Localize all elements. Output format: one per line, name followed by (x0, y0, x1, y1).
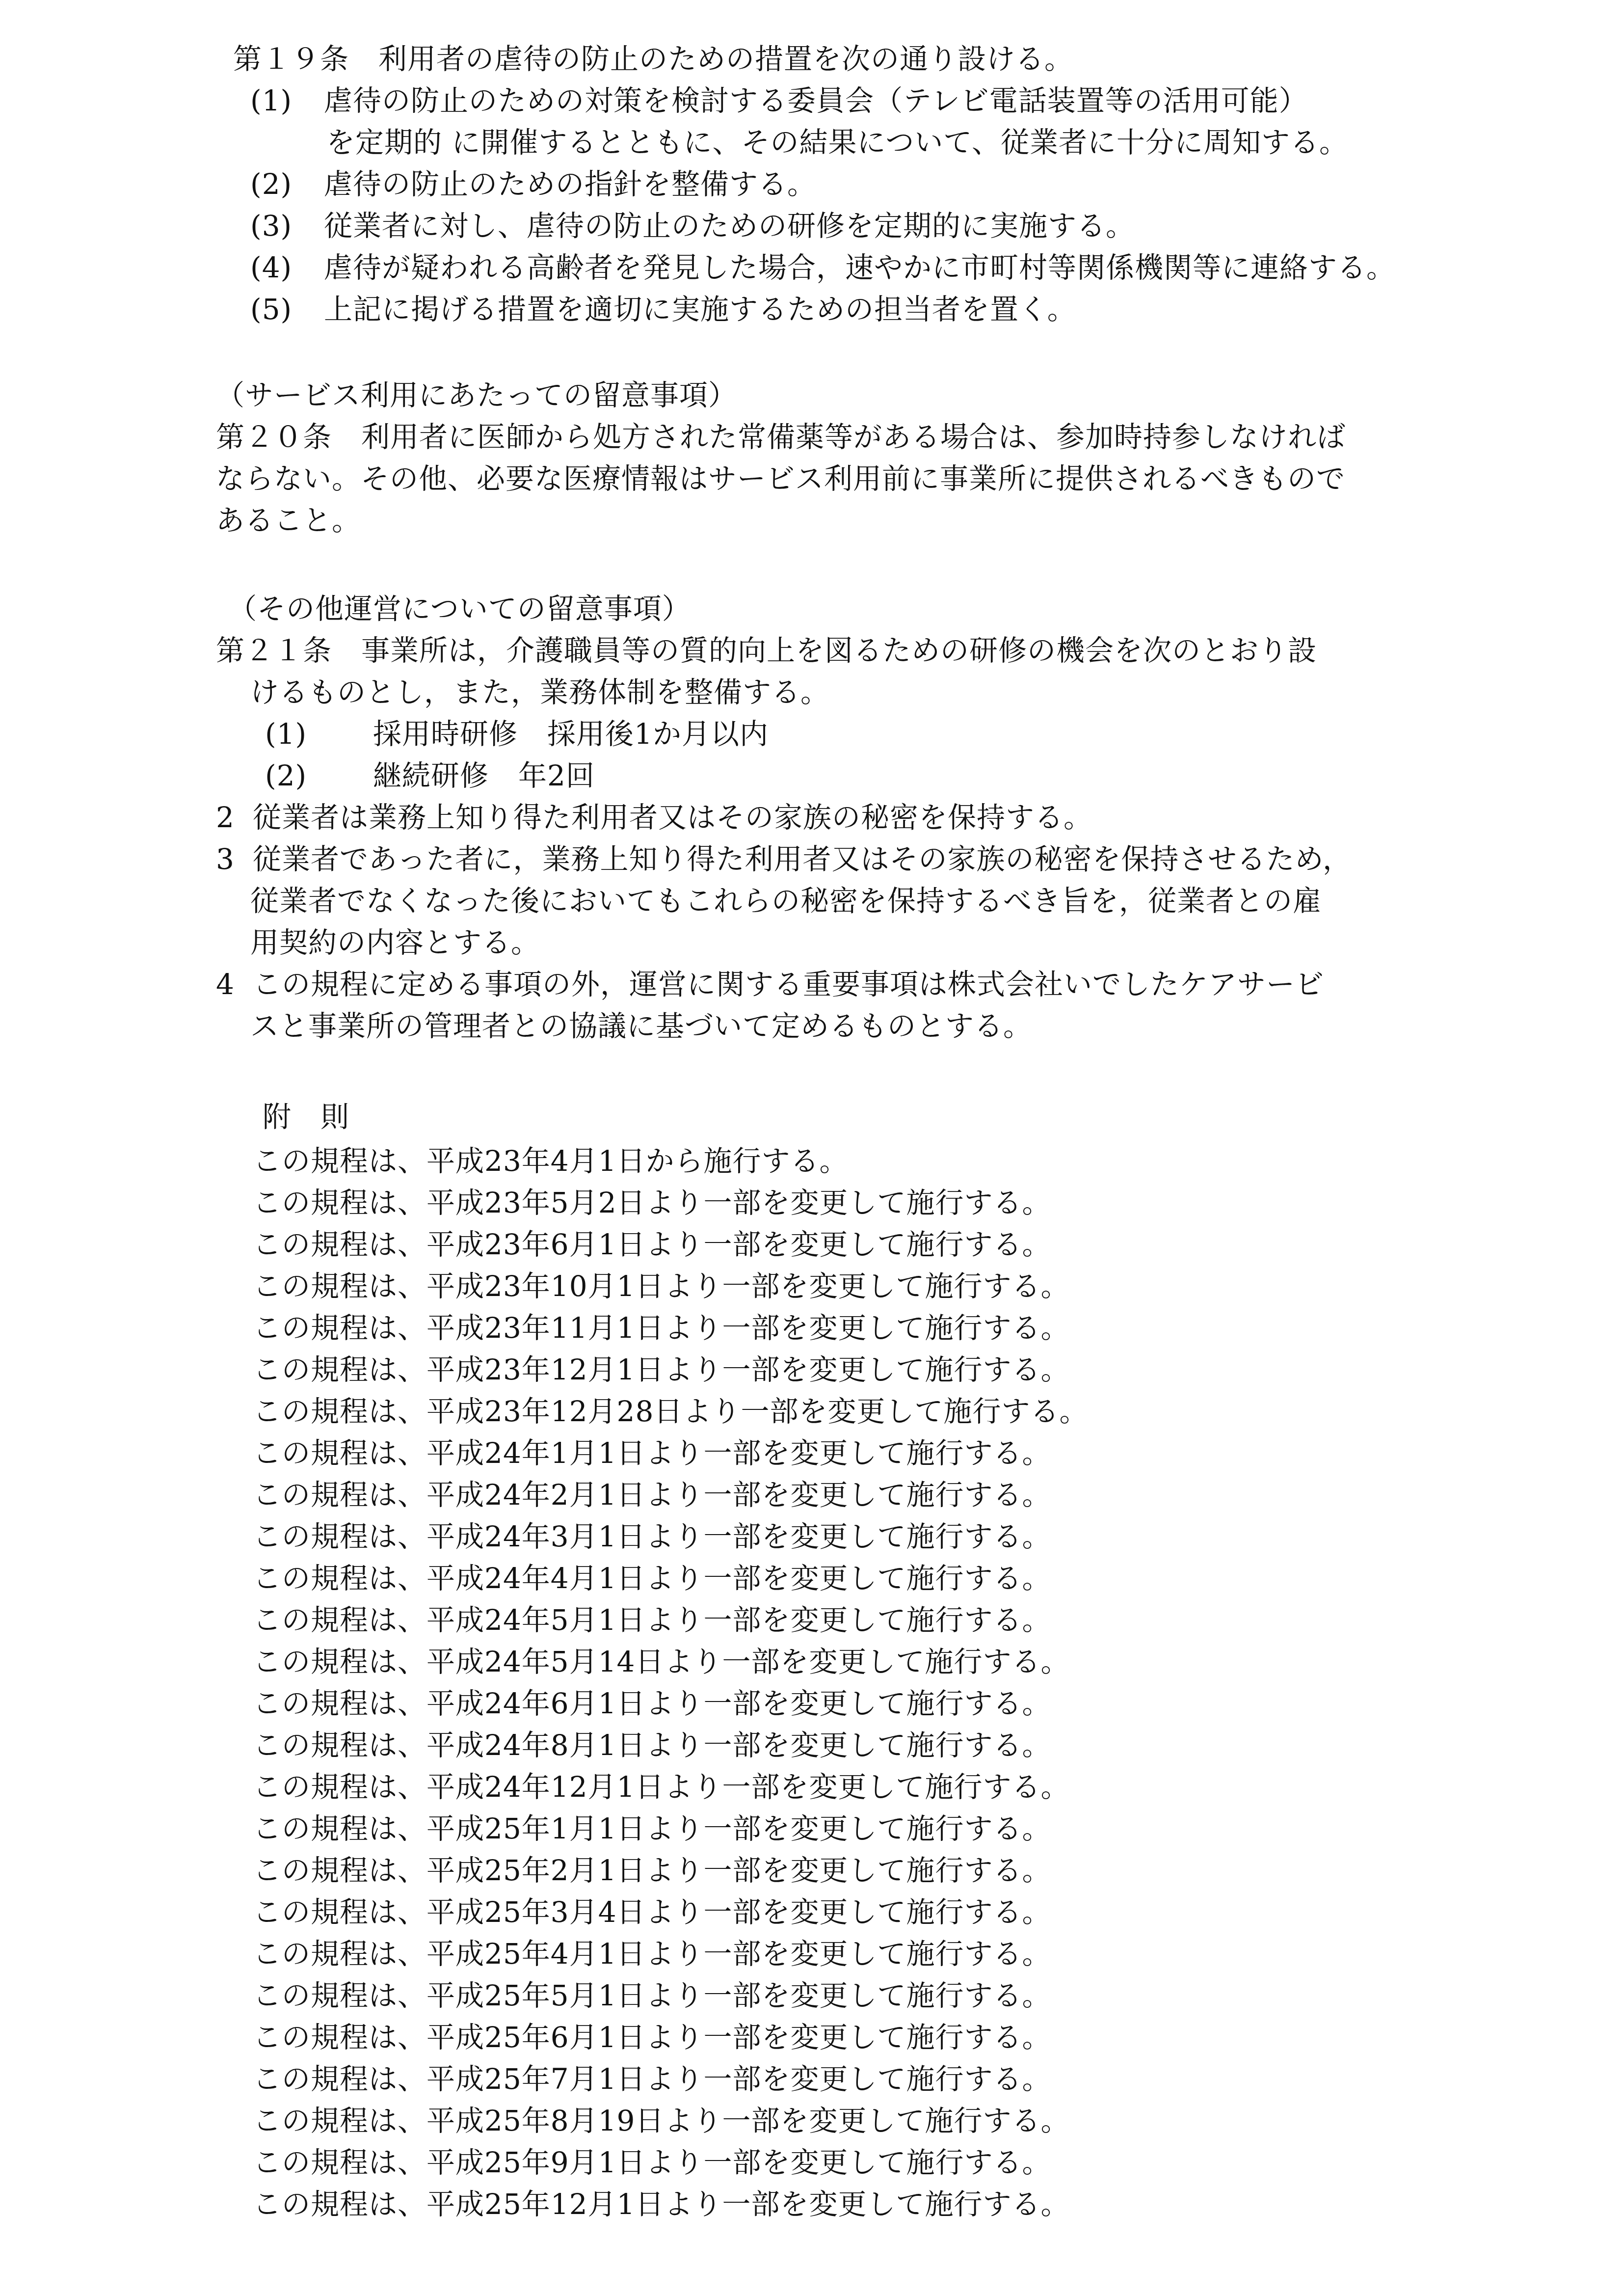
section-heading-other-notes: （その他運営についての留意事項） (228, 589, 691, 628)
supplementary-entry: この規程は、平成25年7月1日より一部を変更して施行する。 (253, 2059, 1051, 2099)
supplementary-entry: この規程は、平成23年10月1日より一部を変更して施行する。 (253, 1267, 1070, 1306)
supplementary-entry: この規程は、平成25年5月1日より一部を変更して施行する。 (253, 1976, 1051, 2015)
item-number: (4) (250, 248, 324, 287)
supplementary-entry: この規程は、平成24年1月1日より一部を変更して施行する。 (253, 1433, 1051, 1473)
supplementary-entry: この規程は、平成25年3月4日より一部を変更して施行する。 (253, 1892, 1051, 1932)
supplementary-entry: この規程は、平成24年3月1日より一部を変更して施行する。 (253, 1517, 1051, 1556)
article-21-paragraph-4-line-2: スと事業所の管理者との協議に基づいて定めるものとする。 (250, 1006, 1032, 1046)
item-text: 虐待が疑われる高齢者を発見した場合，速やかに市町村等関係機関等に連絡する。 (324, 251, 1395, 284)
article-20-line-2: ならない。その他、必要な医療情報はサービス利用前に事業所に提供されるべきもので (216, 459, 1345, 498)
supplementary-entry: この規程は、平成23年5月2日より一部を変更して施行する。 (253, 1183, 1051, 1222)
article-19-item-5: (5)上記に掲げる措置を適切に実施するための担当者を置く。 (250, 290, 1076, 329)
training-detail: 採用後1か月以内 (547, 717, 769, 751)
supplementary-entry: この規程は、平成23年4月1日から施行する。 (253, 1141, 849, 1181)
supplementary-entry: この規程は、平成24年2月1日より一部を変更して施行する。 (253, 1475, 1051, 1514)
supplementary-entry: この規程は、平成25年9月1日より一部を変更して施行する。 (253, 2143, 1051, 2182)
supplementary-entry: この規程は、平成23年12月28日より一部を変更して施行する。 (253, 1392, 1088, 1431)
supplementary-entry: この規程は、平成25年1月1日より一部を変更して施行する。 (253, 1809, 1051, 1848)
supplementary-entry: この規程は、平成24年8月1日より一部を変更して施行する。 (253, 1726, 1051, 1765)
paragraph-text: 従業者であった者に，業務上知り得た利用者又はその家族の秘密を保持させるため， (253, 842, 1352, 876)
training-name: 採用時研修 (373, 717, 518, 751)
supplementary-heading: 附 則 (263, 1097, 349, 1136)
document-page: 第１９条利用者の虐待の防止のための措置を次の通り設ける。 (1)虐待の防止のため… (0, 0, 1623, 2296)
paragraph-number: 3 (216, 839, 253, 879)
article-19-item-1-continuation: を定期的 に開催するとともに、その結果について、従業者に十分に周知する。 (326, 123, 1348, 162)
article-label: 第１９条 (233, 39, 349, 79)
item-number: (3) (250, 206, 324, 245)
item-number: (2) (250, 164, 324, 204)
supplementary-entry: この規程は、平成23年11月1日より一部を変更して施行する。 (253, 1308, 1070, 1348)
article-21-paragraph-3-line-3: 用契約の内容とする。 (250, 923, 540, 962)
supplementary-entry: この規程は、平成24年6月1日より一部を変更して施行する。 (253, 1684, 1051, 1723)
supplementary-entry: この規程は、平成24年12月1日より一部を変更して施行する。 (253, 1767, 1070, 1807)
article-text: 利用者に医師から処方された常備薬等がある場合は、参加時持参しなければ (361, 420, 1346, 454)
item-text: 従業者に対し、虐待の防止のための研修を定期的に実施する。 (324, 209, 1135, 243)
article-text: 利用者の虐待の防止のための措置を次の通り設ける。 (378, 42, 1073, 76)
article-20-line-3: あること。 (216, 501, 361, 540)
article-21-paragraph-3-line-2: 従業者でなくなった後においてもこれらの秘密を保持するべき旨を，従業者との雇 (250, 881, 1322, 920)
article-21-paragraph-3: 3従業者であった者に，業務上知り得た利用者又はその家族の秘密を保持させるため， (216, 839, 1352, 879)
supplementary-entry: この規程は、平成25年2月1日より一部を変更して施行する。 (253, 1851, 1051, 1890)
supplementary-entry: この規程は、平成23年6月1日より一部を変更して施行する。 (253, 1225, 1051, 1264)
article-label: 第２０条 (216, 417, 332, 457)
article-21-item-2: (2)継続研修年2回 (265, 756, 595, 795)
article-21-paragraph-2: 2従業者は業務上知り得た利用者又はその家族の秘密を保持する。 (216, 798, 1092, 837)
item-number: (2) (265, 756, 373, 795)
article-text: 事業所は，介護職員等の質的向上を図るための研修の機会を次のとおり設 (361, 634, 1317, 667)
article-21-line-2: けるものとし，また，業務体制を整備する。 (250, 673, 829, 712)
item-text: 虐待の防止のための指針を整備する。 (324, 167, 816, 201)
item-number: (1) (265, 714, 373, 754)
article-19-item-2: (2)虐待の防止のための指針を整備する。 (250, 164, 816, 204)
training-name: 継続研修 (373, 759, 489, 792)
supplementary-entry: この規程は、平成24年5月1日より一部を変更して施行する。 (253, 1600, 1051, 1640)
supplementary-entry: この規程は、平成24年4月1日より一部を変更して施行する。 (253, 1559, 1051, 1598)
supplementary-entry: この規程は、平成25年4月1日より一部を変更して施行する。 (253, 1934, 1051, 1973)
paragraph-number: 2 (216, 798, 253, 837)
item-number: (5) (250, 290, 324, 329)
item-text: を定期的 に開催するとともに、その結果について、従業者に十分に周知する。 (326, 126, 1348, 159)
item-text: 上記に掲げる措置を適切に実施するための担当者を置く。 (324, 293, 1076, 326)
supplementary-entry: この規程は、平成25年6月1日より一部を変更して施行する。 (253, 2018, 1051, 2057)
article-19-item-3: (3)従業者に対し、虐待の防止のための研修を定期的に実施する。 (250, 206, 1135, 245)
paragraph-text: 従業者は業務上知り得た利用者又はその家族の秘密を保持する。 (253, 801, 1092, 834)
item-text: 虐待の防止のための対策を検討する委員会（テレビ電話装置等の活用可能） (324, 84, 1308, 117)
article-19-item-1: (1)虐待の防止のための対策を検討する委員会（テレビ電話装置等の活用可能） (250, 81, 1308, 120)
supplementary-entry: この規程は、平成24年5月14日より一部を変更して施行する。 (253, 1642, 1070, 1681)
supplementary-entry: この規程は、平成23年12月1日より一部を変更して施行する。 (253, 1350, 1070, 1389)
item-number: (1) (250, 81, 324, 120)
article-21-item-1: (1)採用時研修採用後1か月以内 (265, 714, 769, 754)
training-detail: 年2回 (518, 759, 595, 792)
paragraph-number: 4 (216, 965, 253, 1004)
section-heading-service-notes: （サービス利用にあたっての留意事項） (216, 376, 737, 415)
supplementary-entry: この規程は、平成25年12月1日より一部を変更して施行する。 (253, 2185, 1070, 2224)
supplementary-entry: この規程は、平成25年8月19日より一部を変更して施行する。 (253, 2101, 1070, 2140)
article-21-line-1: 第２１条事業所は，介護職員等の質的向上を図るための研修の機会を次のとおり設 (216, 631, 1317, 670)
article-19-item-4: (4)虐待が疑われる高齢者を発見した場合，速やかに市町村等関係機関等に連絡する。 (250, 248, 1395, 287)
article-20-line-1: 第２０条利用者に医師から処方された常備薬等がある場合は、参加時持参しなければ (216, 417, 1346, 457)
article-label: 第２１条 (216, 631, 332, 670)
article-19-heading: 第１９条利用者の虐待の防止のための措置を次の通り設ける。 (233, 39, 1073, 79)
paragraph-text: この規程に定める事項の外，運営に関する重要事項は株式会社いでしたケアサービ (253, 968, 1324, 1001)
article-21-paragraph-4: 4この規程に定める事項の外，運営に関する重要事項は株式会社いでしたケアサービ (216, 965, 1324, 1004)
